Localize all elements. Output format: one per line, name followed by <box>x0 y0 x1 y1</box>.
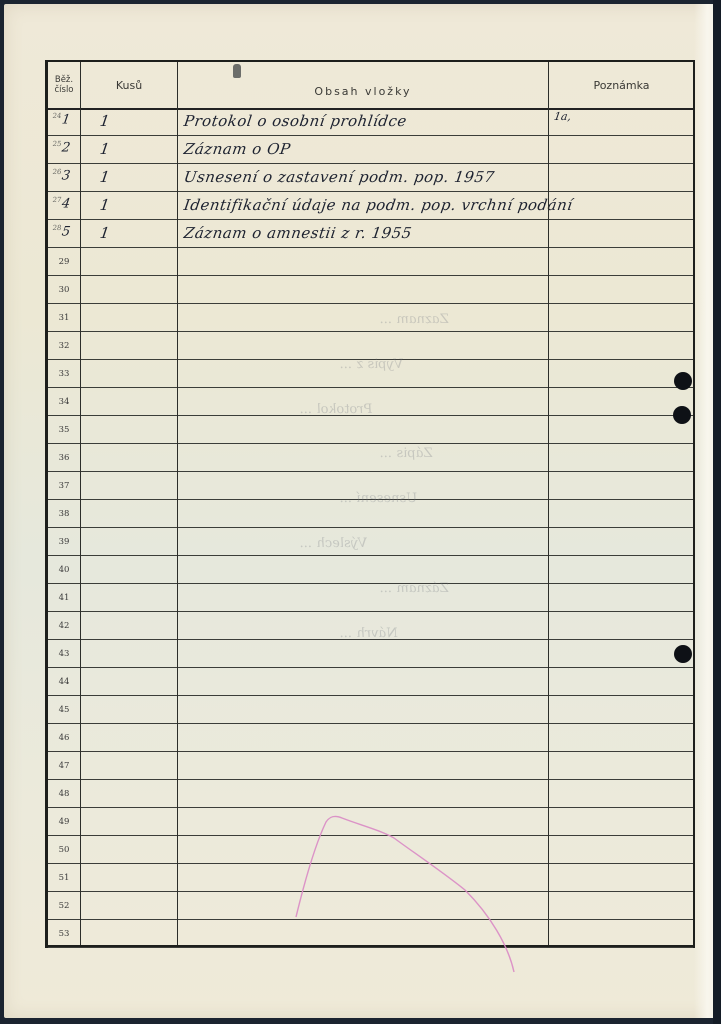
pink-marker-stroke <box>0 0 721 1024</box>
